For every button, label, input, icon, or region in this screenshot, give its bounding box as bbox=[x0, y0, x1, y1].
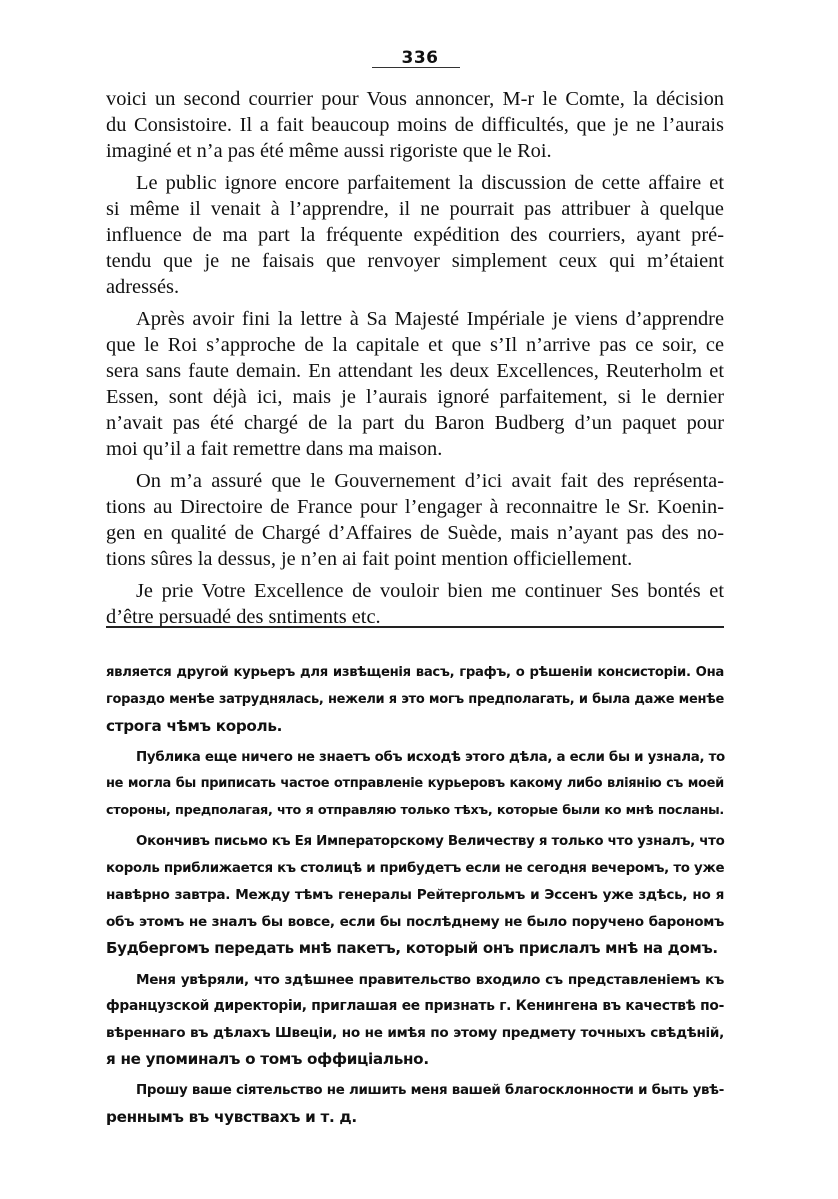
text-line: Après avoir fini la lettre à Sa Majesté … bbox=[106, 306, 724, 332]
text-line: навѣрно завтра. Между тѣмъ генералы Рейт… bbox=[106, 882, 724, 909]
text-line: король приближается къ столицѣ и прибуде… bbox=[106, 856, 724, 883]
text-line: Публика еще ничего не знаетъ объ исходѣ … bbox=[106, 745, 724, 772]
text-line: influence de ma part la fréquente expédi… bbox=[106, 222, 724, 248]
text-line: du Consistoire. Il a fait beaucoup moins… bbox=[106, 112, 724, 138]
text-line: вѣреннаго въ дѣлахъ Швеціи, но не имѣя п… bbox=[106, 1020, 724, 1047]
text-line: Меня увѣряли, что здѣшнее правительство … bbox=[106, 967, 724, 994]
text-line: si même il venait à l’apprendre, il ne p… bbox=[106, 196, 724, 222]
text-line: Окончивъ письмо къ Ея Императорскому Вел… bbox=[106, 829, 724, 856]
text-line: tions sûres la dessus, je n’en ai fait p… bbox=[106, 546, 724, 572]
french-paragraph-2: Le public ignore encore parfaitement la … bbox=[106, 170, 724, 300]
page-number-rule bbox=[372, 67, 460, 68]
text-line: imaginé et n’a pas été même aussi rigori… bbox=[106, 138, 724, 164]
text-line: adressés. bbox=[106, 274, 724, 300]
text-line: Essen, sont déjà ici, mais je l’aurais i… bbox=[106, 384, 724, 410]
russian-paragraph-4: Меня увѣряли, что здѣшнее правительство … bbox=[106, 967, 724, 1073]
text-line: Le public ignore encore parfaitement la … bbox=[106, 170, 724, 196]
text-line: стороны, предполагая, что я отправляю то… bbox=[106, 798, 724, 825]
text-line: tendu que je ne faisais que renvoyer sim… bbox=[106, 248, 724, 274]
document-page: 336 voici un second courrier pour Vous a… bbox=[0, 0, 838, 1199]
text-line: строга чѣмъ король. bbox=[106, 713, 724, 740]
text-line: является другой курьеръ для извѣщенія ва… bbox=[106, 660, 724, 687]
text-line: французской директоріи, приглашая ее при… bbox=[106, 993, 724, 1020]
russian-paragraph-1: является другой курьеръ для извѣщенія ва… bbox=[106, 660, 724, 740]
text-line: n’avait pas été chargé de la part du Bar… bbox=[106, 410, 724, 436]
french-text-block: voici un second courrier pour Vous annon… bbox=[106, 86, 724, 630]
french-paragraph-4: On m’a assuré que le Gouvernement d’ici … bbox=[106, 468, 724, 572]
russian-paragraph-2: Публика еще ничего не знаетъ объ исходѣ … bbox=[106, 745, 724, 825]
french-paragraph-5: Je prie Votre Excellence de vouloir bien… bbox=[106, 578, 724, 630]
text-line: tions au Directoire de France pour l’eng… bbox=[106, 494, 724, 520]
text-line: sera sans faute demain. En attendant les… bbox=[106, 358, 724, 384]
text-line: que le Roi s’approche de la capitale et … bbox=[106, 332, 724, 358]
text-line: gen en qualité de Chargé d’Affaires de S… bbox=[106, 520, 724, 546]
russian-translation-block: является другой курьеръ для извѣщенія ва… bbox=[106, 660, 724, 1131]
russian-paragraph-5: Прошу ваше сіятельство не лишить меня ва… bbox=[106, 1078, 724, 1131]
russian-paragraph-3: Окончивъ письмо къ Ея Императорскому Вел… bbox=[106, 829, 724, 962]
text-line: не могла бы приписать частое отправленіе… bbox=[106, 771, 724, 798]
text-line: объ этомъ не зналъ бы вовсе, если бы пос… bbox=[106, 909, 724, 936]
text-line: Будбергомъ передать мнѣ пакетъ, который … bbox=[106, 935, 724, 962]
text-line: voici un second courrier pour Vous annon… bbox=[106, 86, 724, 112]
section-divider bbox=[106, 626, 724, 628]
text-line: я не упоминалъ о томъ оффиціально. bbox=[106, 1046, 724, 1073]
french-paragraph-1: voici un second courrier pour Vous annon… bbox=[106, 86, 724, 164]
text-line: On m’a assuré que le Gouvernement d’ici … bbox=[106, 468, 724, 494]
text-line: moi qu’il a fait remettre dans ma maison… bbox=[106, 436, 724, 462]
text-line: гораздо менѣе затруднялась, нежели я это… bbox=[106, 687, 724, 714]
page-number: 336 bbox=[370, 48, 470, 68]
text-line: Прошу ваше сіятельство не лишить меня ва… bbox=[106, 1078, 724, 1105]
text-line: реннымъ въ чувствахъ и т. д. bbox=[106, 1104, 724, 1131]
french-paragraph-3: Après avoir fini la lettre à Sa Majesté … bbox=[106, 306, 724, 462]
text-line: Je prie Votre Excellence de vouloir bien… bbox=[106, 578, 724, 604]
